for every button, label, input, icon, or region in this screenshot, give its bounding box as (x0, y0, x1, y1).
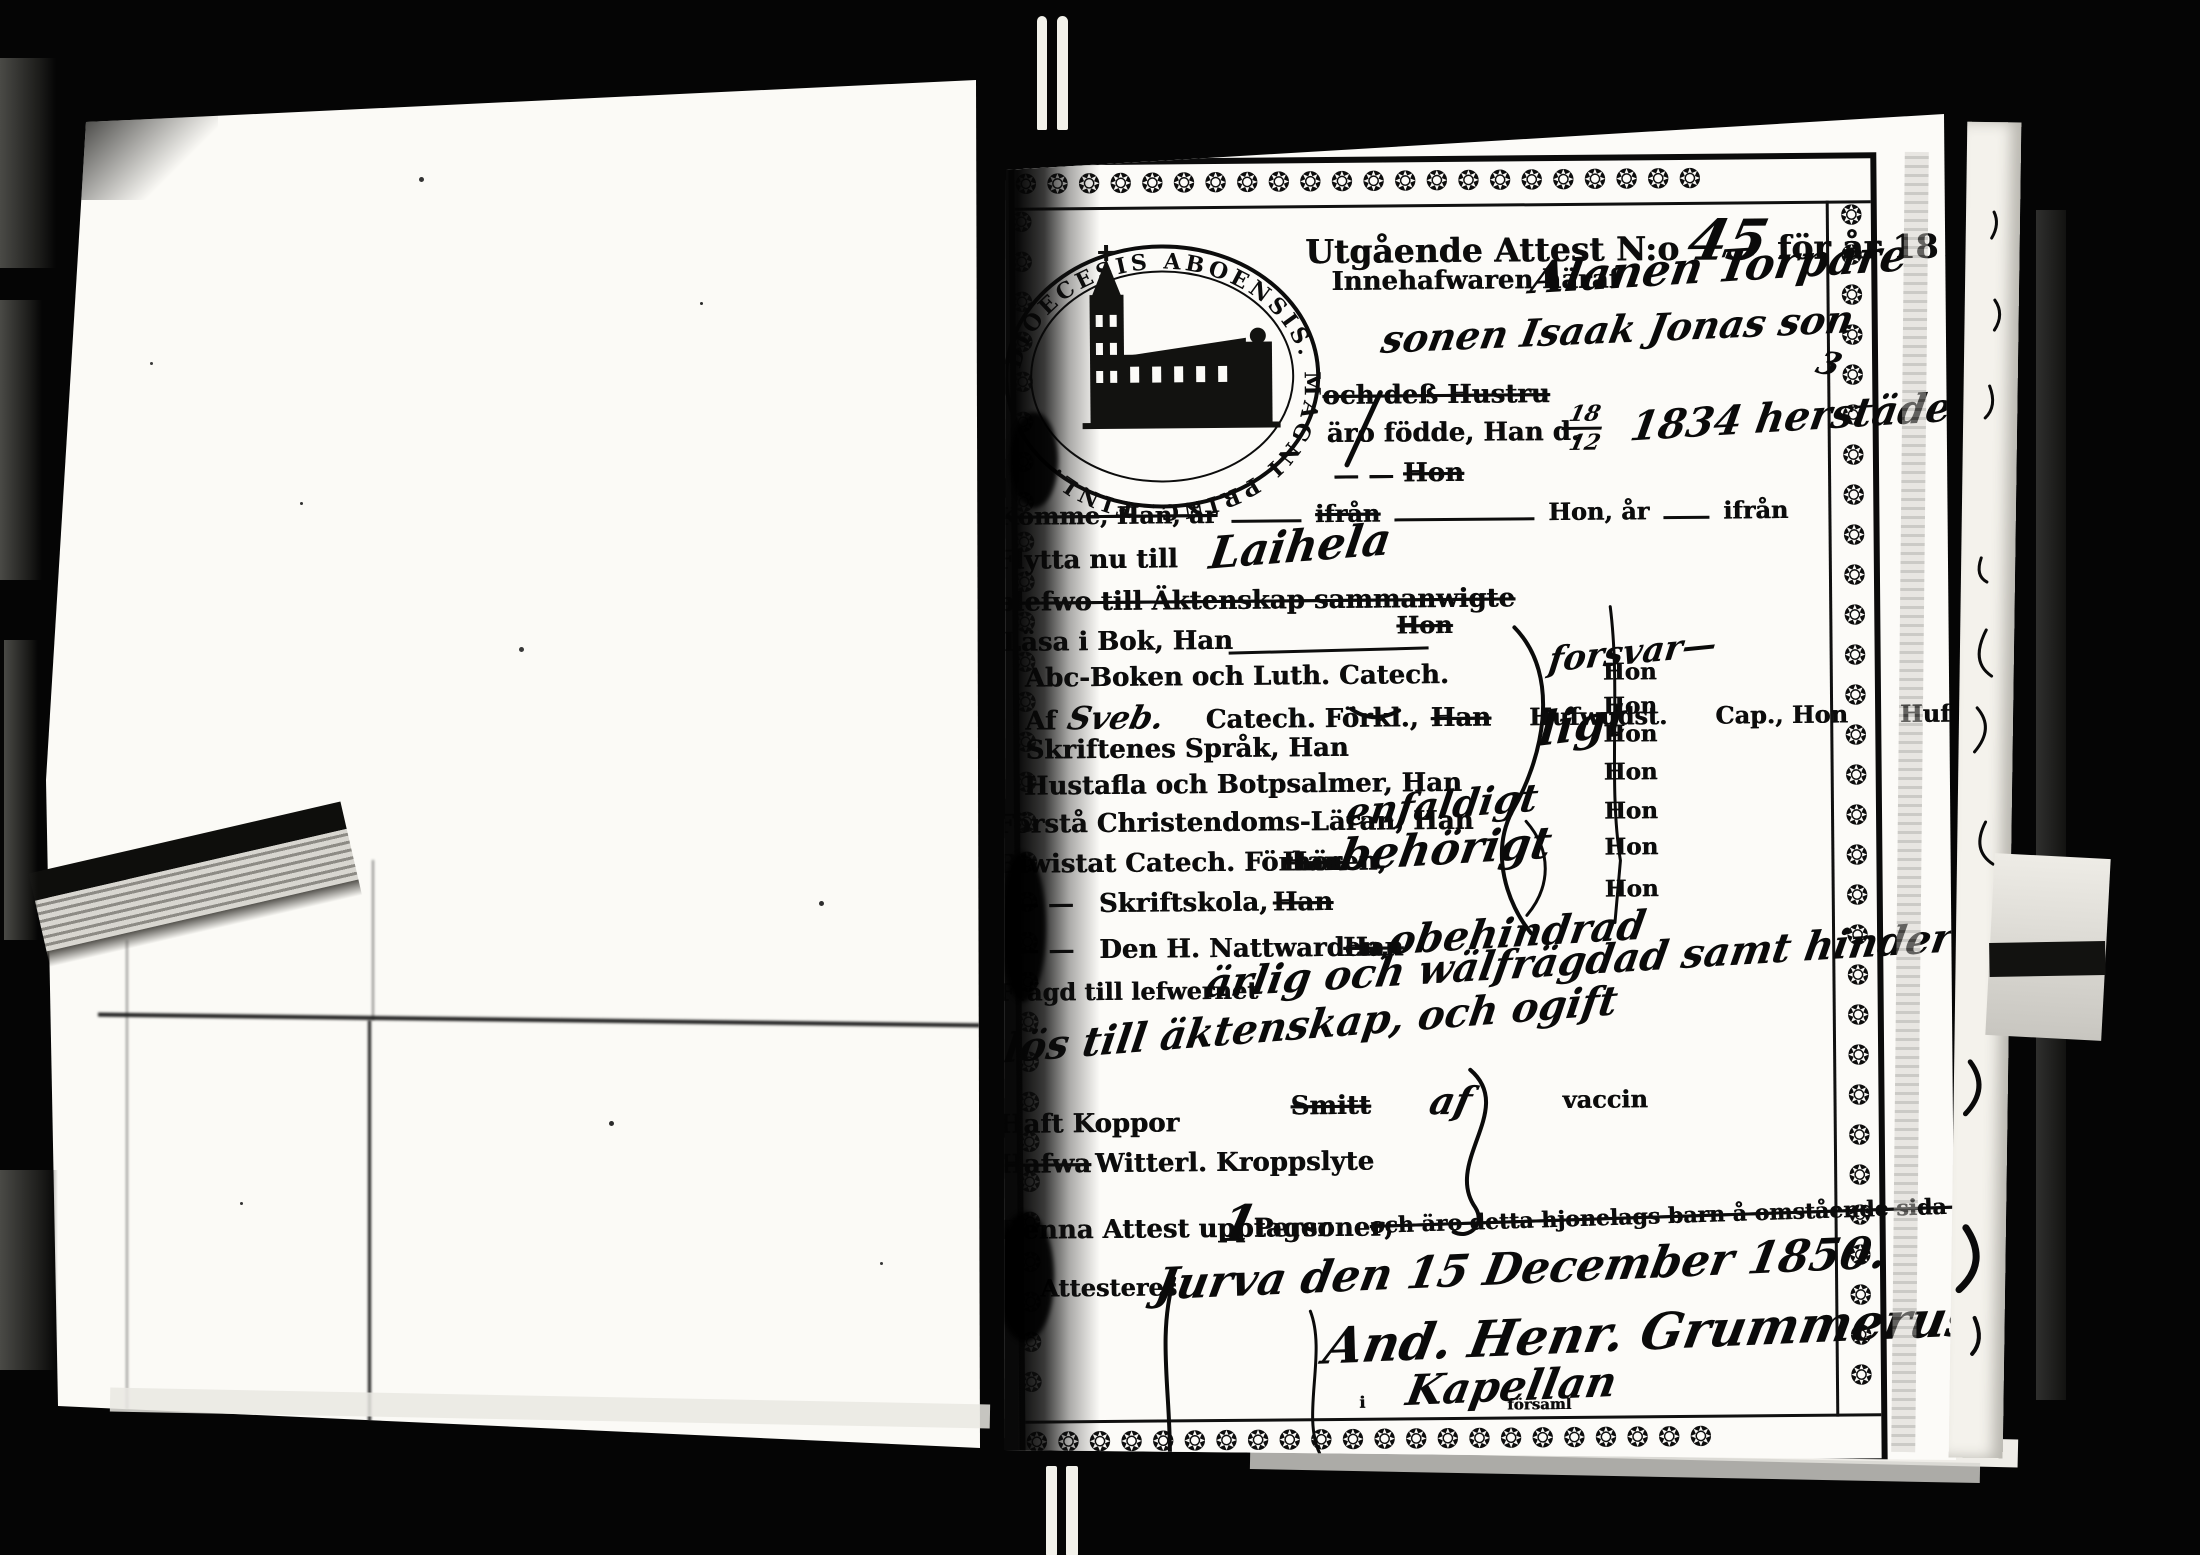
entry-af: af (1426, 1078, 1477, 1123)
binding-cord (1037, 16, 1047, 130)
label-hon-struck: Hon (1403, 458, 1464, 489)
ink-blob (996, 1212, 1054, 1342)
stray-ink-mark: 3 (1811, 344, 1848, 384)
book-edge-texture (0, 1170, 58, 1370)
entry-holder-name: Alanen Torpare (1527, 230, 1912, 305)
label-born: äro födde, Han d. (1327, 417, 1580, 449)
label-hon-struck: Hon (1396, 610, 1452, 639)
label-i: i (1359, 1393, 1365, 1412)
fore-edge-texture (2036, 210, 2066, 1400)
vertical-crease-faint (372, 860, 374, 1020)
horizontal-crease (98, 1013, 983, 1028)
label-han-struck: Han (1273, 887, 1334, 918)
left-fold-line (126, 940, 128, 1410)
signature: And. Henr. Grummerus (1319, 1288, 1980, 1376)
page-edge-hatch (1891, 152, 1929, 1452)
book-edge-texture (4, 640, 38, 940)
label-children-struck: och äro detta hjonelags barn å omstående… (1369, 1190, 2051, 1239)
label-wife-struck: och deß Hustru (1322, 379, 1550, 411)
ink-blob (1000, 852, 1046, 1002)
edge-handwriting-marks (1949, 122, 2022, 1459)
book-edge-texture (0, 58, 56, 268)
binding-cord (1046, 1466, 1057, 1555)
label-han-struck: Han (1282, 847, 1343, 878)
label-dash-pair: — — (1333, 460, 1394, 491)
binding-cord (1057, 16, 1068, 130)
left-blank-page (28, 80, 980, 1452)
book-edge-texture (0, 300, 42, 580)
vertical-crease (368, 1020, 371, 1440)
entry-son-name: sonen Isaak Jonas son (1378, 296, 1858, 362)
binding-cord (1066, 1466, 1078, 1555)
label-forsaml: församl (1507, 1395, 1571, 1414)
blank-fill-line (1229, 642, 1429, 654)
label-bodily-defect: Witterl. Kroppslyte (1095, 1147, 1374, 1179)
label-confirmation-school: Skriftskola, (1099, 888, 1269, 919)
certificate-page: ❂❂❂❂❂❂❂❂❂❂❂❂❂❂❂❂❂❂❂❂❂❂ ❂❂❂❂❂❂❂❂❂❂❂❂❂❂❂❂❂… (1004, 112, 1956, 1464)
book-scan: ❂❂❂❂❂❂❂❂❂❂❂❂❂❂❂❂❂❂❂❂❂❂ ❂❂❂❂❂❂❂❂❂❂❂❂❂❂❂❂❂… (0, 0, 2200, 1555)
next-page-edge (1949, 122, 2022, 1459)
label-vaccin: vaccin (1562, 1084, 1648, 1114)
page-corner-shadow (68, 110, 218, 200)
label-smitt-struck: Smitt (1290, 1091, 1370, 1122)
book-clasp-right (1985, 853, 2110, 1041)
entry-birth-date-fraction: 18 12 (1564, 401, 1604, 456)
ink-blob (1010, 412, 1058, 508)
certificate-border-frame: ❂❂❂❂❂❂❂❂❂❂❂❂❂❂❂❂❂❂❂❂❂❂ ❂❂❂❂❂❂❂❂❂❂❂❂❂❂❂❂❂… (1008, 152, 1887, 1472)
